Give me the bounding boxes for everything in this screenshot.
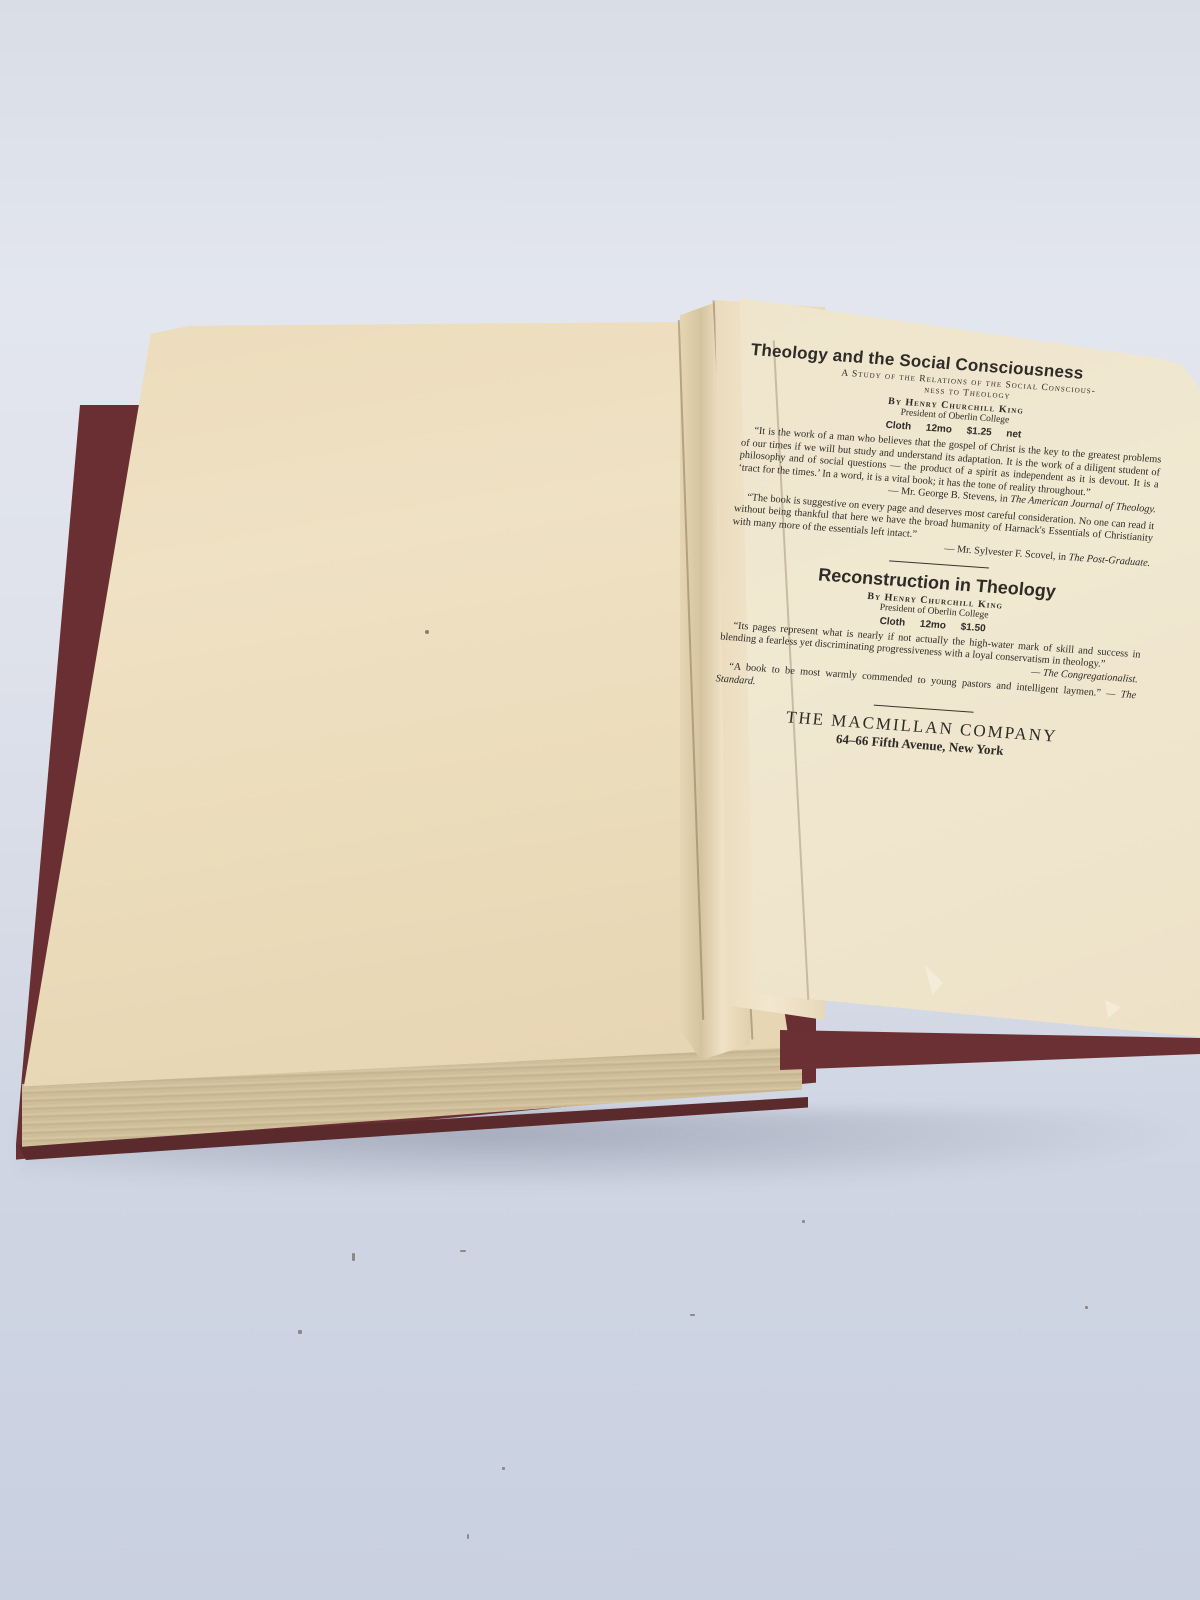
page-blemish (425, 630, 429, 634)
dust-speck (467, 1534, 469, 1539)
dust-speck (502, 1467, 505, 1470)
publisher-advertisement: Theology and the Social Consciousness A … (709, 340, 1170, 768)
dust-speck (690, 1314, 695, 1316)
photo-scene: Theology and the Social Consciousness A … (0, 0, 1200, 1600)
dust-speck (802, 1220, 805, 1223)
dust-speck (460, 1250, 466, 1252)
section-divider (874, 705, 974, 713)
section-divider (889, 560, 989, 568)
blank-endpaper-page (20, 322, 790, 1102)
dust-speck (352, 1253, 355, 1261)
book-cover-right (780, 1030, 1200, 1070)
dust-speck (298, 1330, 302, 1334)
dust-speck (1085, 1306, 1088, 1309)
